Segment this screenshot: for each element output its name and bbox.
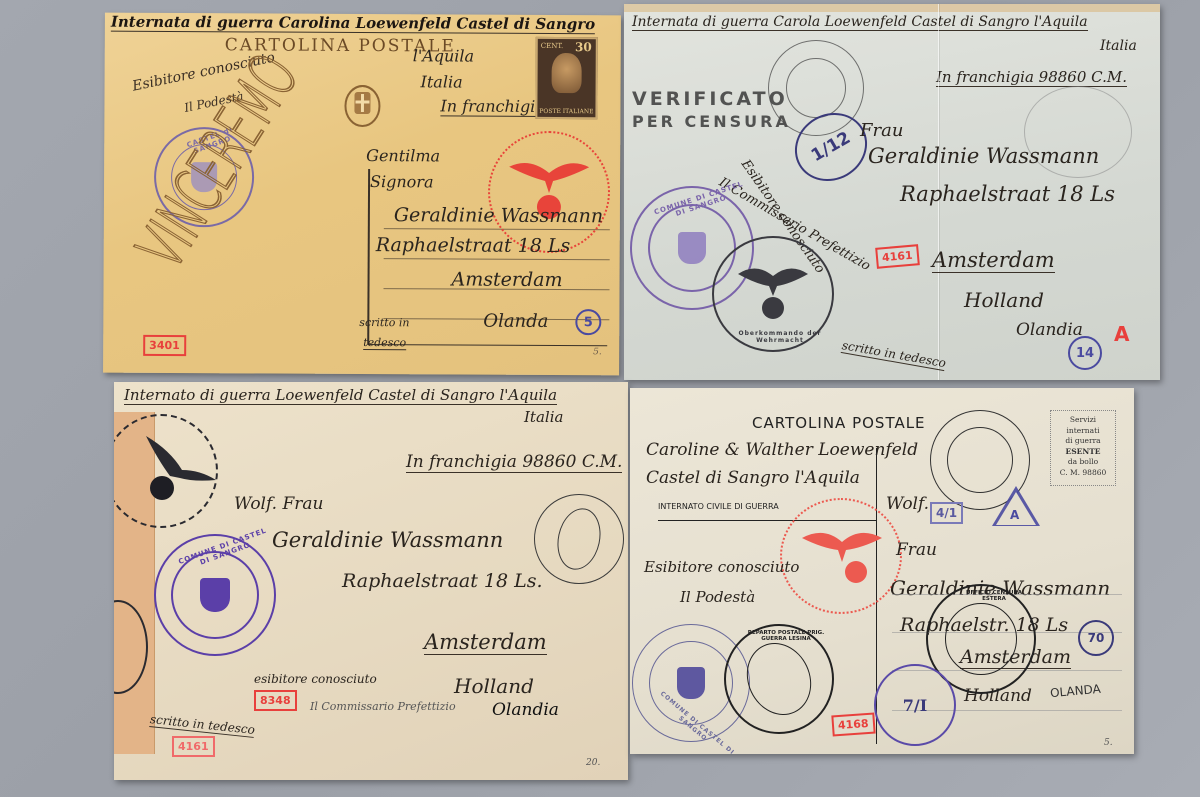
circled-number: 70 — [1078, 620, 1114, 656]
salutation-2: Signora — [370, 172, 434, 191]
stamp-portrait — [552, 53, 582, 93]
wehrmacht-stamp: Oberkommando der Wehrmacht — [712, 236, 834, 352]
eagle-icon — [802, 518, 882, 588]
eagle-icon — [140, 430, 220, 500]
address-line-2: Raphaelstraat 18 Ls — [376, 234, 571, 257]
sender-header: Internato di guerra Loewenfeld Castel di… — [124, 386, 557, 405]
salutation: Wolf. Frau — [234, 494, 324, 514]
bottom-note: scritto in tedesco — [149, 712, 255, 738]
salutation-1: Wolf. — [886, 494, 929, 514]
wehrmacht-stamp — [114, 414, 218, 528]
header-country: Italia — [1100, 38, 1137, 54]
corner-mark: 20. — [586, 758, 600, 768]
side-note-1: Esibitore conosciuto — [644, 558, 799, 576]
address-line-3: Amsterdam — [932, 248, 1055, 273]
return-line-3: In franchigia — [440, 96, 545, 117]
address-line-1: Geraldinie Wassmann — [868, 144, 1099, 168]
corner-mark: 5. — [593, 347, 602, 357]
address-line-3: Amsterdam — [424, 630, 547, 655]
franking-box: Servizi internati di guerra ESENTE da bo… — [1050, 410, 1116, 486]
postmark — [534, 494, 624, 584]
postage-stamp: CENT. 30 POSTE ITALIANE — [535, 37, 597, 119]
address-line-1: Geraldinie Wassmann — [394, 204, 603, 227]
stamp-currency: CENT. — [541, 42, 564, 50]
eagle-icon — [738, 258, 808, 324]
municipal-crest-icon — [678, 232, 706, 264]
printed-title: CARTOLINA POSTALE — [752, 414, 926, 432]
address-line-4: Holland — [454, 674, 534, 698]
header-country: Italia — [524, 408, 563, 426]
postcard-top-left: Internata di guerra Carolina Loewenfeld … — [103, 13, 621, 376]
censor-number-box-2: 4161 — [172, 736, 215, 757]
censor-number-box: 4161 — [875, 244, 919, 269]
circled-number: 5 — [575, 309, 601, 335]
municipal-stamp: COMUNE DI CASTEL DI SANGRO — [154, 534, 276, 656]
municipal-crest-icon — [677, 667, 705, 699]
address-line-4: Olanda — [483, 311, 548, 332]
address-line-5: Olandia — [1016, 320, 1083, 340]
stamp-denomination: 30 — [575, 40, 592, 54]
sender-header: Internata di guerra Carolina Loewenfeld … — [111, 13, 595, 35]
franchise-line: In franchigia 98860 C.M. — [936, 68, 1127, 87]
address-line-2: Raphaelstraat 18 Ls. — [342, 570, 543, 592]
franchise-line: In franchigia 98860 C.M. — [406, 452, 622, 473]
address-line-3: Amsterdam — [451, 268, 562, 291]
circled-number: 14 — [1068, 336, 1102, 370]
pow-stamp-label: REPARTO POSTALE PRIG. GUERRA LESINA — [740, 630, 832, 642]
sender-header: Internata di guerra Carola Loewenfeld Ca… — [632, 14, 1088, 31]
address-line-2: Raphaelstraat 18 Ls — [900, 182, 1115, 206]
ufficio-stamp-label: UFFICIO CENSURA ESTERA — [954, 590, 1034, 602]
circled-fraction: 7/I — [874, 664, 956, 746]
postcard-top-right: Internata di guerra Carola Loewenfeld Ca… — [624, 4, 1160, 380]
censor-number-box: 3401 — [143, 335, 186, 356]
address-line-4: Holland — [964, 288, 1044, 312]
return-line-1: l'Aquila — [413, 46, 474, 65]
censor-eagle-stamp — [780, 498, 902, 614]
wehrmacht-stamp-label: Oberkommando der Wehrmacht — [728, 330, 832, 344]
salutation: Frau — [860, 120, 903, 141]
side-note-2: Il Podestà — [680, 588, 755, 606]
censor-number-box-1: 8348 — [254, 690, 297, 711]
address-line-1: Geraldinie Wassmann — [272, 528, 503, 552]
return-line-2: Italia — [421, 72, 463, 91]
triangle-mark-label: A — [1010, 508, 1019, 522]
bottom-note-1: scritto in — [359, 316, 409, 329]
postcard-bottom-left: Internato di guerra Loewenfeld Castel di… — [114, 382, 628, 780]
municipal-crest-icon — [200, 578, 230, 612]
side-note-1: esibitore conosciuto — [254, 672, 377, 686]
verified-stamp-line-2: PER CENSURA — [632, 112, 791, 131]
red-mark: A — [1114, 322, 1129, 346]
boxed-fraction: 4/1 — [930, 502, 963, 524]
country-print: OLANDA — [1049, 682, 1101, 700]
postcard-bottom-right: CARTOLINA POSTALE Caroline & Walther Loe… — [630, 388, 1134, 754]
sender-line-1: Caroline & Walther Loewenfeld — [646, 440, 918, 460]
corner-mark: 5. — [1104, 738, 1113, 748]
salutation-2: Frau — [896, 540, 937, 560]
salutation-1: Gentilma — [366, 146, 440, 165]
bottom-note-2: tedesco — [363, 336, 406, 350]
side-note-2: Il Commissario Prefettizio — [310, 700, 456, 713]
coat-of-arms-icon — [342, 82, 382, 128]
pow-stamp: REPARTO POSTALE PRIG. GUERRA LESINA — [724, 624, 834, 734]
printed-subtitle: INTERNATO CIVILE DI GUERRA — [658, 502, 779, 511]
address-line-5: Olandia — [492, 700, 559, 720]
censor-number-box: 4168 — [831, 713, 875, 737]
bottom-note: scritto in tedesco — [841, 338, 947, 371]
sender-line-2: Castel di Sangro l'Aquila — [646, 468, 860, 488]
stamp-label: POSTE ITALIANE — [538, 108, 594, 115]
verified-stamp-line-1: VERIFICATO — [632, 88, 788, 110]
